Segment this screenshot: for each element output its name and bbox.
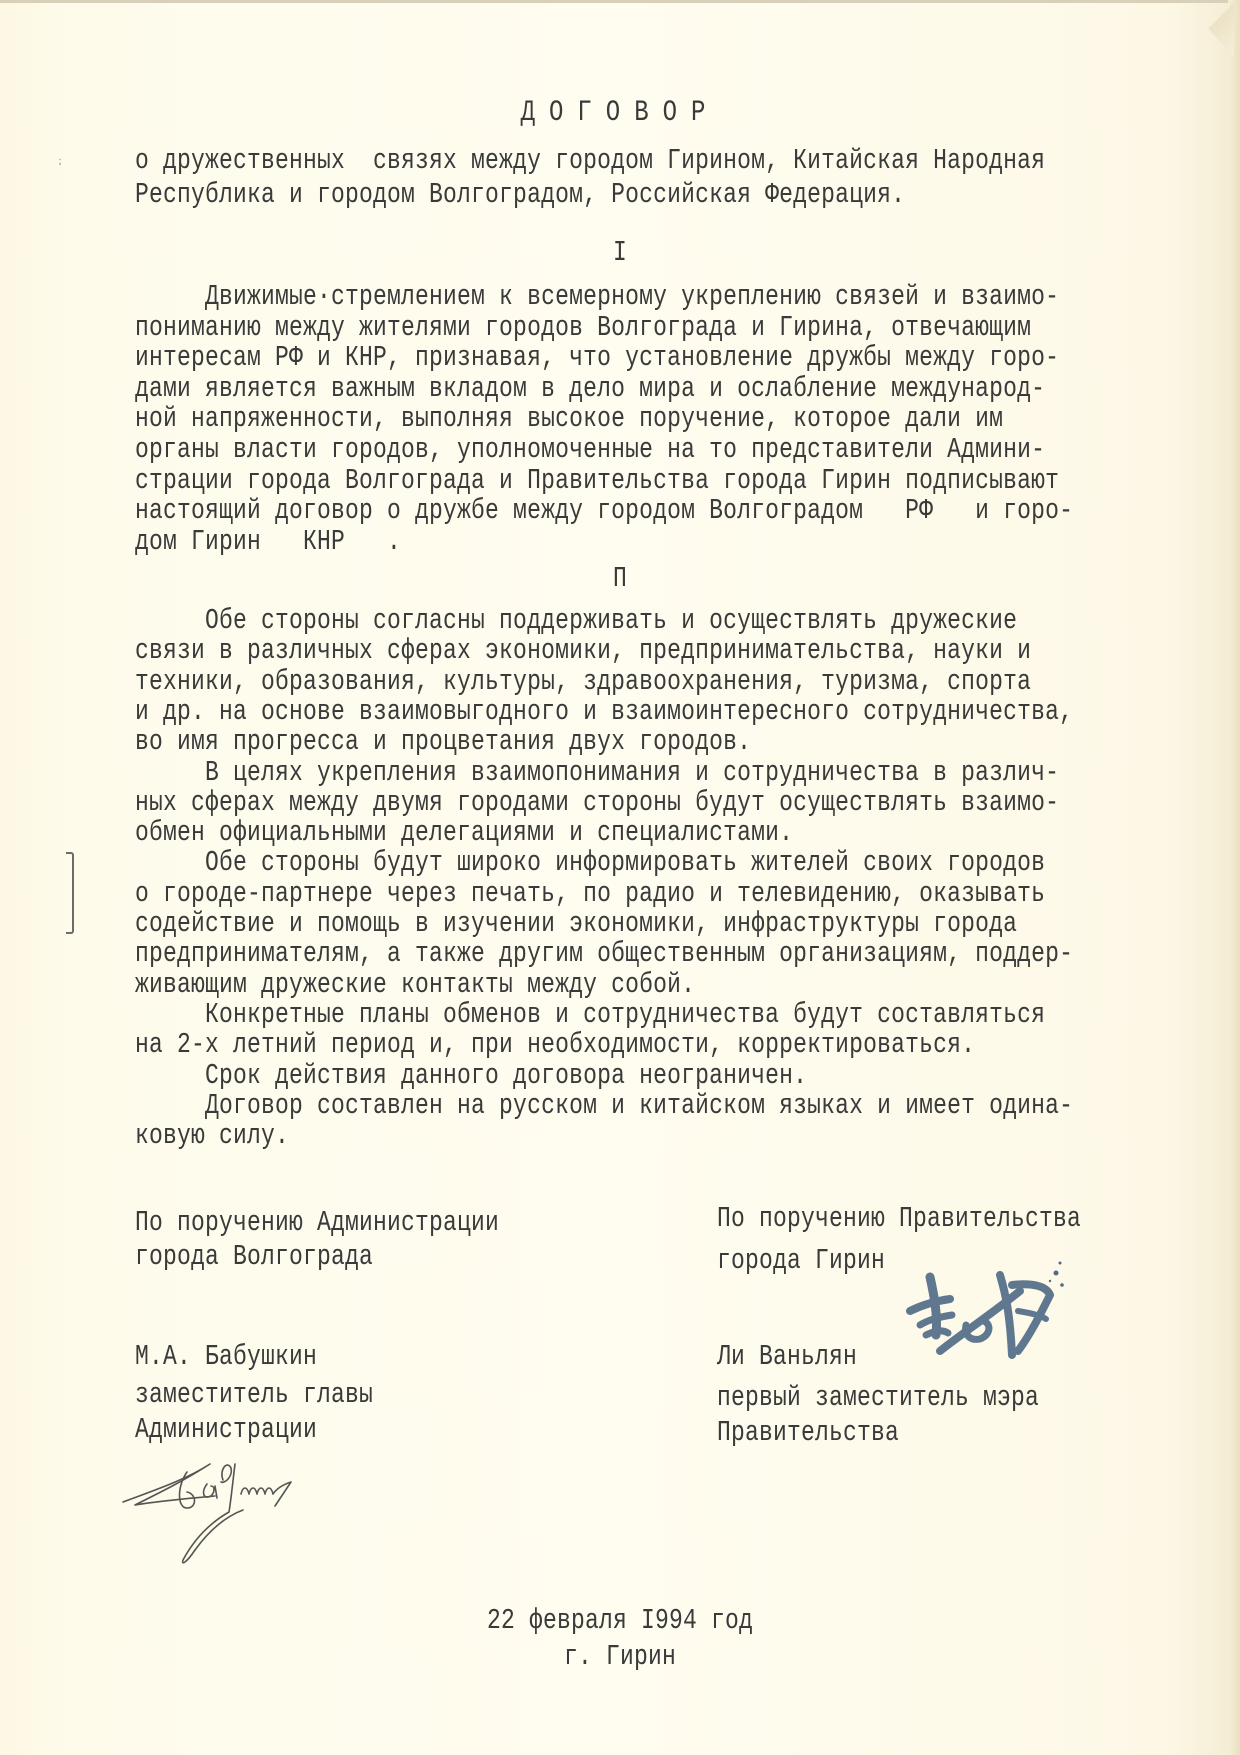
- text-line: ковую силу.: [135, 1119, 289, 1152]
- brush-signature-li-wanlian: [900, 1255, 1080, 1385]
- text-line: о городе-партнере через печать, по радио…: [135, 877, 1045, 910]
- handwritten-signature-babushkin: [115, 1450, 365, 1570]
- text-line: настоящий договор о дружбе между городом…: [135, 494, 1073, 527]
- text-line: Республика и городом Волгоградом, Россий…: [135, 178, 905, 211]
- left-mandate-line: По поручению Администрации: [135, 1206, 499, 1239]
- text-line: предпринимателям, а также другим обществ…: [135, 937, 1073, 970]
- text-line: Договор составлен на русском и китайском…: [135, 1089, 1073, 1122]
- text-line: Обе стороны согласны поддерживать и осущ…: [135, 604, 1017, 637]
- text-line: пониманию между жителями городов Волгогр…: [135, 311, 1031, 344]
- right-mandate-line: города Гирин: [717, 1244, 885, 1277]
- left-mandate-line: города Волгограда: [135, 1240, 373, 1273]
- text-line: обмен официальными делегациями и специал…: [135, 816, 793, 849]
- folded-corner: [1184, 0, 1234, 58]
- text-line: техники, образования, культуры, здравоох…: [135, 665, 1031, 698]
- left-signatory-position: заместитель главы: [135, 1378, 373, 1411]
- text-line: дом Гирин КНР .: [135, 525, 401, 558]
- text-line: В целях укрепления взаимопонимания и сот…: [135, 756, 1059, 789]
- section-2-numeral: П: [0, 562, 1240, 595]
- page-top-shadow: [0, 0, 1240, 3]
- document-date: 22 февраля I994 год: [0, 1604, 1240, 1637]
- right-signatory-name: Ли Ваньлян: [717, 1340, 857, 1373]
- left-signatory-position: Администрации: [135, 1413, 317, 1446]
- text-line: на 2-х летний период и, при необходимост…: [135, 1028, 975, 1061]
- text-line: связи в различных сферах экономики, пред…: [135, 634, 1031, 667]
- text-line: органы власти городов, уполномоченные на…: [135, 433, 1045, 466]
- text-line: Срок действия данного договора неогранич…: [135, 1059, 807, 1092]
- right-mandate-line: По поручению Правительства: [717, 1202, 1081, 1235]
- text-line: и др. на основе взаимовыгодного и взаимо…: [135, 695, 1073, 728]
- text-line: Движимые·стремлением к всемерному укрепл…: [135, 280, 1059, 313]
- text-line: живающим дружеские контакты между собой.: [135, 968, 695, 1001]
- text-line: о дружественных связях между городом Гир…: [135, 144, 1045, 177]
- margin-speck: ⁏: [58, 156, 63, 165]
- text-line: ных сферах между двумя городами стороны …: [135, 786, 1059, 819]
- text-line: Конкретные планы обменов и сотрудничеств…: [135, 998, 1045, 1031]
- right-signatory-position: Правительства: [717, 1416, 899, 1449]
- text-line: интересам РФ и КНР, признавая, что устан…: [135, 341, 1059, 374]
- left-signatory-name: М.А. Бабушкин: [135, 1340, 317, 1373]
- text-line: страции города Волгограда и Правительств…: [135, 464, 1059, 497]
- document-place: г. Гирин: [0, 1640, 1240, 1673]
- right-signatory-position: первый заместитель мэра: [717, 1381, 1039, 1414]
- text-line: ной напряженности, выполняя высокое пору…: [135, 402, 1003, 435]
- section-1-numeral: I: [0, 236, 1240, 269]
- text-line: во имя прогресса и процветания двух горо…: [135, 725, 751, 758]
- document-page: ⁏ ДОГОВОР о дружественных связях между г…: [0, 0, 1240, 1755]
- text-line: Обе стороны будут широко информировать ж…: [135, 846, 1045, 879]
- text-line: дами является важным вкладом в дело мира…: [135, 372, 1045, 405]
- binder-clip-mark: [66, 852, 74, 934]
- text-line: содействие и помощь в изучении экономики…: [135, 907, 1017, 940]
- document-title: ДОГОВОР: [0, 96, 1240, 130]
